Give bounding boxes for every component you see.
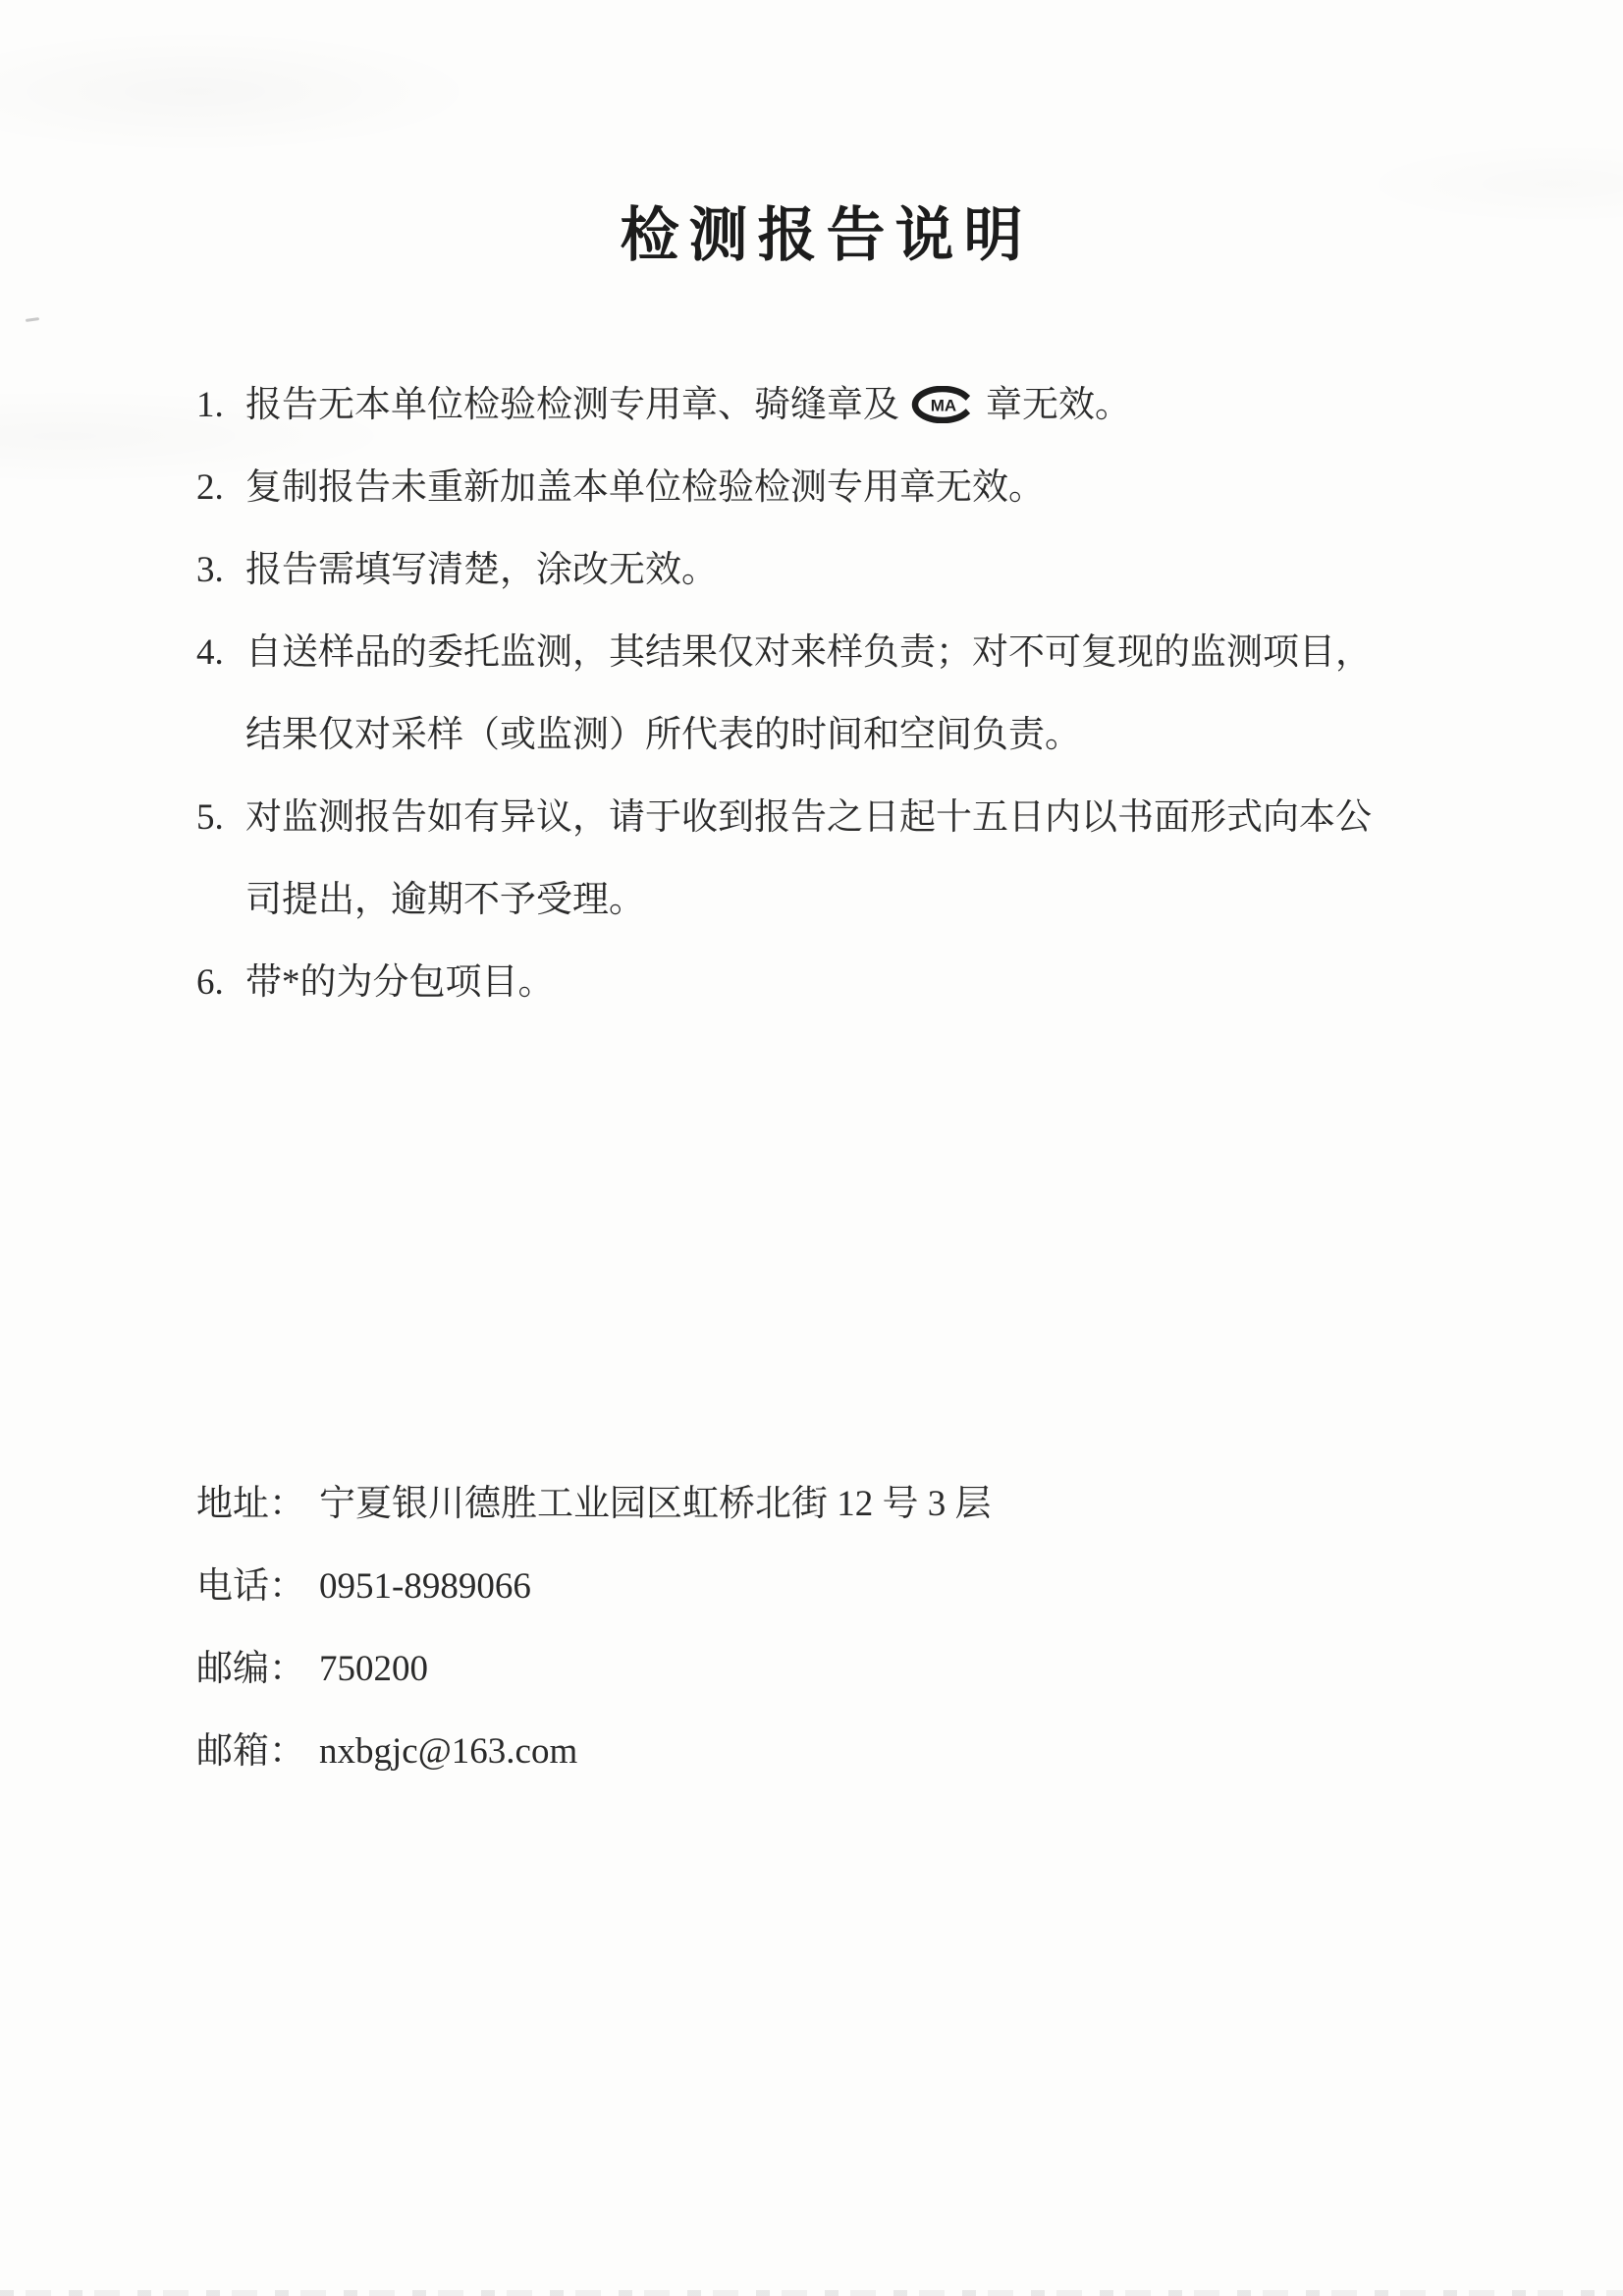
contact-postcode-label: 邮编： [196, 1649, 305, 1689]
note-text: 自送样品的委托监测，其结果仅对来样负责；对不可复现的监测项目，结果仅对采样（或监… [245, 612, 1389, 777]
contact-postcode-line: 邮编：750200 [196, 1628, 1456, 1711]
cma-stamp-icon: MA [911, 386, 974, 423]
note-item-2: 2. 复制报告未重新加盖本单位检验检测专用章无效。 [196, 447, 1456, 529]
note-item-5: 5. 对监测报告如有异议，请于收到报告之日起十五日内以书面形式向本公司提出，逾期… [196, 777, 1456, 942]
note-number: 3. [196, 529, 245, 612]
note-item-4: 4. 自送样品的委托监测，其结果仅对来样负责；对不可复现的监测项目，结果仅对采样… [196, 612, 1456, 777]
note-text: 复制报告未重新加盖本单位检验检测专用章无效。 [245, 447, 1389, 529]
scanned-document-page: 检测报告说明 1. 报告无本单位检验检测专用章、骑缝章及MA章无效。 2. 复制… [0, 0, 1623, 2296]
contact-address-line: 地址：宁夏银川德胜工业园区虹桥北街 12 号 3 层 [196, 1463, 1456, 1546]
contact-address-value: 宁夏银川德胜工业园区虹桥北街 12 号 3 层 [319, 1484, 992, 1524]
contact-address-label: 地址： [196, 1484, 305, 1524]
contact-phone-value: 0951-8989066 [319, 1566, 531, 1607]
contact-email-line: 邮箱：nxbgjc@163.com [196, 1711, 1456, 1793]
scan-noise-band [0, 2290, 1623, 2296]
note-text-after-logo: 章无效。 [986, 385, 1131, 425]
note-number: 6. [196, 942, 245, 1024]
cma-letters: MA [931, 397, 956, 415]
note-number: 2. [196, 447, 245, 529]
note-text: 报告无本单位检验检测专用章、骑缝章及MA章无效。 [245, 364, 1389, 447]
notes-list: 1. 报告无本单位检验检测专用章、骑缝章及MA章无效。 2. 复制报告未重新加盖… [196, 364, 1456, 1024]
document-content: 检测报告说明 1. 报告无本单位检验检测专用章、骑缝章及MA章无效。 2. 复制… [0, 0, 1623, 1793]
contact-phone-line: 电话：0951-8989066 [196, 1546, 1456, 1628]
note-text-before-logo: 报告无本单位检验检测专用章、骑缝章及 [245, 385, 899, 425]
note-text: 对监测报告如有异议，请于收到报告之日起十五日内以书面形式向本公司提出，逾期不予受… [245, 777, 1389, 942]
note-text: 带*的为分包项目。 [245, 942, 1389, 1024]
note-item-3: 3. 报告需填写清楚，涂改无效。 [196, 529, 1456, 612]
contact-phone-label: 电话： [196, 1566, 305, 1607]
contact-email-value: nxbgjc@163.com [319, 1731, 577, 1772]
note-number: 1. [196, 364, 245, 447]
note-number: 4. [196, 612, 245, 777]
contact-postcode-value: 750200 [319, 1649, 428, 1689]
note-item-6: 6. 带*的为分包项目。 [196, 942, 1456, 1024]
contact-email-label: 邮箱： [196, 1731, 305, 1772]
note-text: 报告需填写清楚，涂改无效。 [245, 529, 1389, 612]
contact-block: 地址：宁夏银川德胜工业园区虹桥北街 12 号 3 层 电话：0951-89890… [196, 1463, 1456, 1793]
page-title: 检测报告说明 [196, 202, 1456, 270]
note-number: 5. [196, 777, 245, 942]
note-item-1: 1. 报告无本单位检验检测专用章、骑缝章及MA章无效。 [196, 364, 1456, 447]
